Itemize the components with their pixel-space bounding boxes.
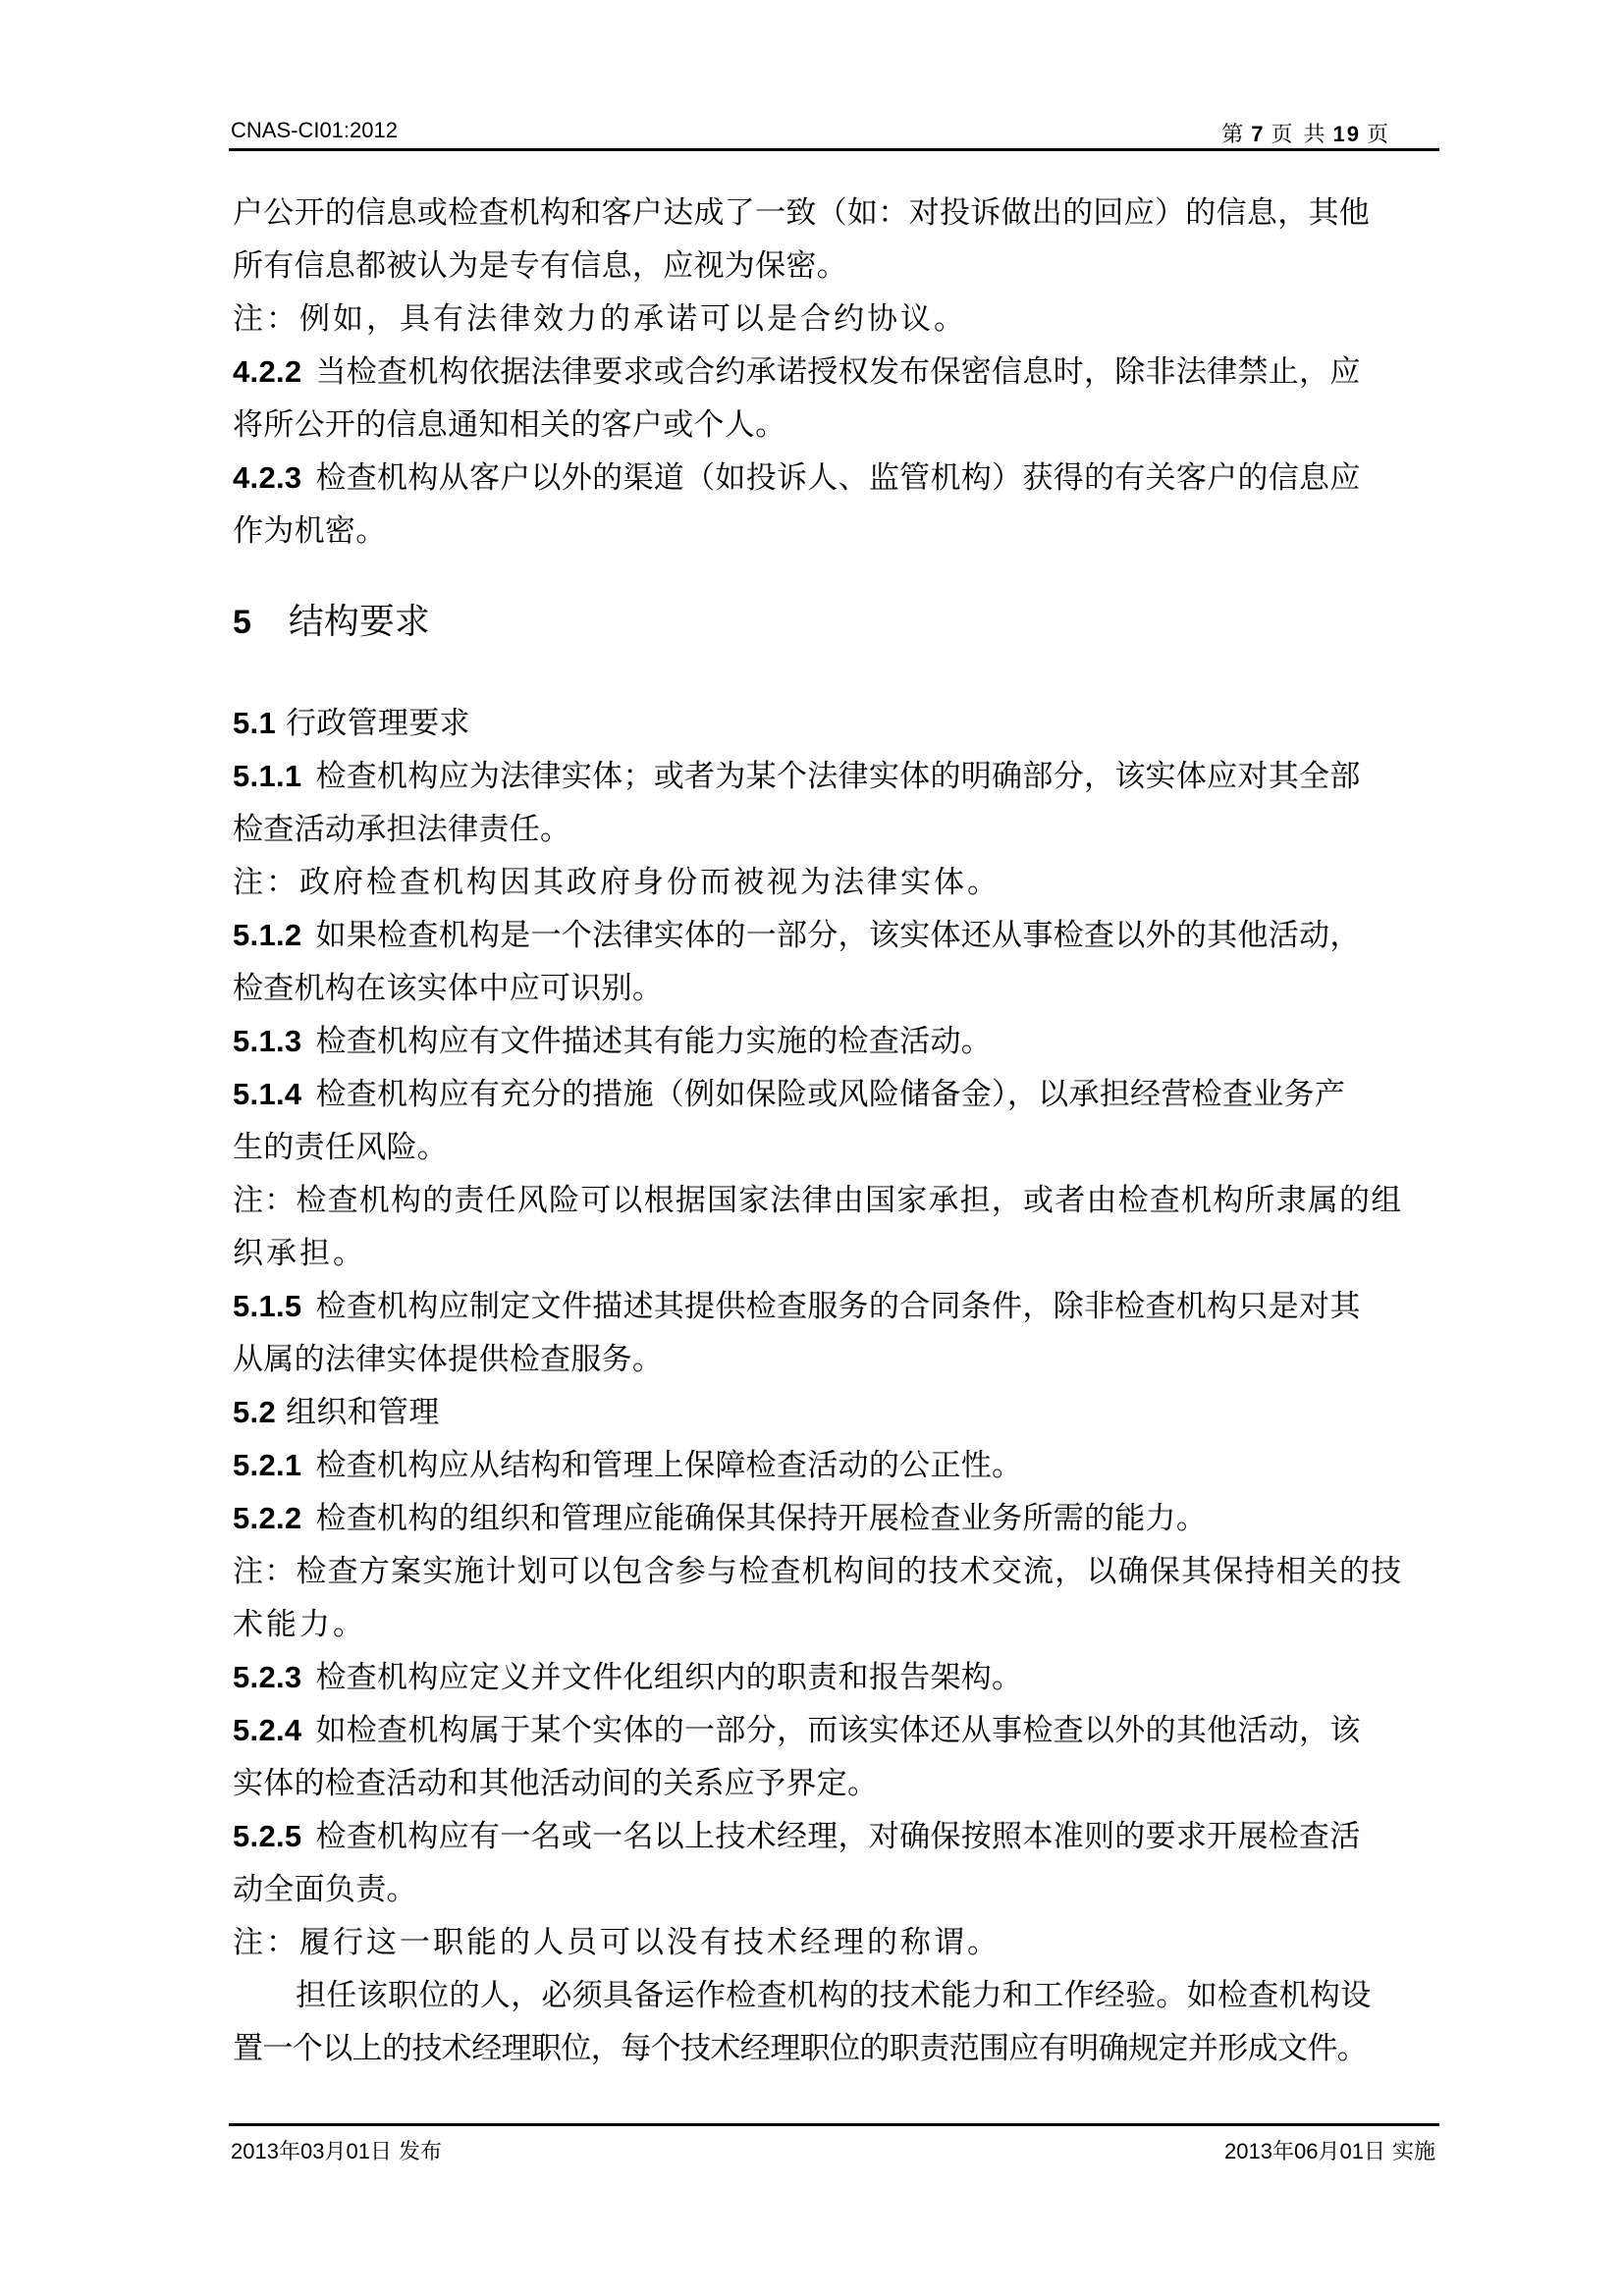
paragraph-line: 户公开的信息或检查机构和客户达成了一致（如：对投诉做出的回应）的信息，其他 (233, 187, 1440, 240)
paragraph-line: 担任该职位的人，必须具备运作检查机构的技术能力和工作经验。如检查机构设 (233, 1969, 1440, 2022)
paragraph-line: 置一个以上的技术经理职位，每个技术经理职位的职责范围应有明确规定并形成文件。 (233, 2022, 1440, 2075)
total-pages: 19 (1333, 122, 1361, 146)
document-page: CNAS-CI01:2012 第7页 共19页 户公开的信息或检查机构和客户达成… (0, 0, 1623, 2296)
paragraph-line: 将所公开的信息通知相关的客户或个人。 (233, 399, 1440, 452)
publish-date: 2013年03月01日 发布 (231, 2135, 442, 2165)
clause-5-1-2: 5.1.2如果检查机构是一个法律实体的一部分，该实体还从事检查以外的其他活动， (233, 909, 1440, 962)
paragraph-line: 实体的检查活动和其他活动间的关系应予界定。 (233, 1757, 1440, 1810)
page-header: CNAS-CI01:2012 第7页 共19页 (229, 114, 1439, 151)
clause-5-2-3: 5.2.3检查机构应定义并文件化组织内的职责和报告架构。 (233, 1651, 1440, 1704)
clause-5-2-4: 5.2.4如检查机构属于某个实体的一部分，而该实体还从事检查以外的其他活动，该 (233, 1704, 1440, 1757)
note: 注：政府检查机构因其政府身份而被视为法律实体。 (233, 856, 1440, 909)
clause-5-1-4: 5.1.4检查机构应有充分的措施（例如保险或风险储备金），以承担经营检查业务产 (233, 1068, 1440, 1121)
clause-5-2-2: 5.2.2检查机构的组织和管理应能确保其保持开展检查业务所需的能力。 (233, 1492, 1440, 1545)
clause-number: 4.2.2 (233, 354, 301, 389)
clause-5-1-3: 5.1.3检查机构应有文件描述其有能力实施的检查活动。 (233, 1015, 1440, 1068)
paragraph-line: 生的责任风险。 (233, 1121, 1440, 1174)
note: 注：检查方案实施计划可以包含参与检查机构间的技术交流，以确保其保持相关的技 (233, 1545, 1440, 1598)
clause-4-2-2: 4.2.2当检查机构依据法律要求或合约承诺授权发布保密信息时，除非法律禁止，应 (233, 346, 1440, 399)
current-page: 7 (1251, 122, 1265, 146)
footer-divider (229, 2123, 1439, 2126)
paragraph-line: 检查机构在该实体中应可识别。 (233, 962, 1440, 1015)
clause-5-2-1: 5.2.1检查机构应从结构和管理上保障检查活动的公正性。 (233, 1439, 1440, 1492)
clause-5-1-1: 5.1.1检查机构应为法律实体；或者为某个法律实体的明确部分，该实体应对其全部 (233, 750, 1440, 803)
paragraph-line: 从属的法律实体提供检查服务。 (233, 1333, 1440, 1386)
subsection-heading-5-1: 5.1行政管理要求 (233, 697, 1440, 750)
clause-5-1-5: 5.1.5检查机构应制定文件描述其提供检查服务的合同条件，除非检查机构只是对其 (233, 1280, 1440, 1333)
subsection-heading-5-2: 5.2组织和管理 (233, 1386, 1440, 1439)
page-footer: 2013年03月01日 发布 2013年06月01日 实施 (229, 2135, 1439, 2168)
paragraph-line: 所有信息都被认为是专有信息，应视为保密。 (233, 240, 1440, 293)
note: 注：履行这一职能的人员可以没有技术经理的称谓。 (233, 1916, 1440, 1969)
document-code: CNAS-CI01:2012 (231, 118, 398, 143)
clause-4-2-3: 4.2.3检查机构从客户以外的渠道（如投诉人、监管机构）获得的有关客户的信息应 (233, 452, 1440, 505)
clause-5-2-5: 5.2.5检查机构应有一名或一名以上技术经理，对确保按照本准则的要求开展检查活 (233, 1810, 1440, 1863)
note: 注：检查机构的责任风险可以根据国家法律由国家承担，或者由检查机构所隶属的组 (233, 1174, 1440, 1227)
note: 注：例如，具有法律效力的承诺可以是合约协议。 (233, 293, 1440, 346)
page-body: 户公开的信息或检查机构和客户达成了一致（如：对投诉做出的回应）的信息，其他 所有… (233, 187, 1440, 2075)
page-number: 第7页 共19页 (1221, 118, 1390, 148)
note: 织承担。 (233, 1227, 1440, 1280)
header-divider (229, 148, 1439, 151)
effective-date: 2013年06月01日 实施 (1224, 2135, 1435, 2165)
section-heading-5: 5结构要求 (233, 593, 1440, 652)
paragraph-line: 检查活动承担法律责任。 (233, 803, 1440, 856)
paragraph-line: 动全面负责。 (233, 1863, 1440, 1916)
paragraph-line: 作为机密。 (233, 505, 1440, 558)
note: 术能力。 (233, 1598, 1440, 1651)
clause-number: 4.2.3 (233, 460, 301, 495)
